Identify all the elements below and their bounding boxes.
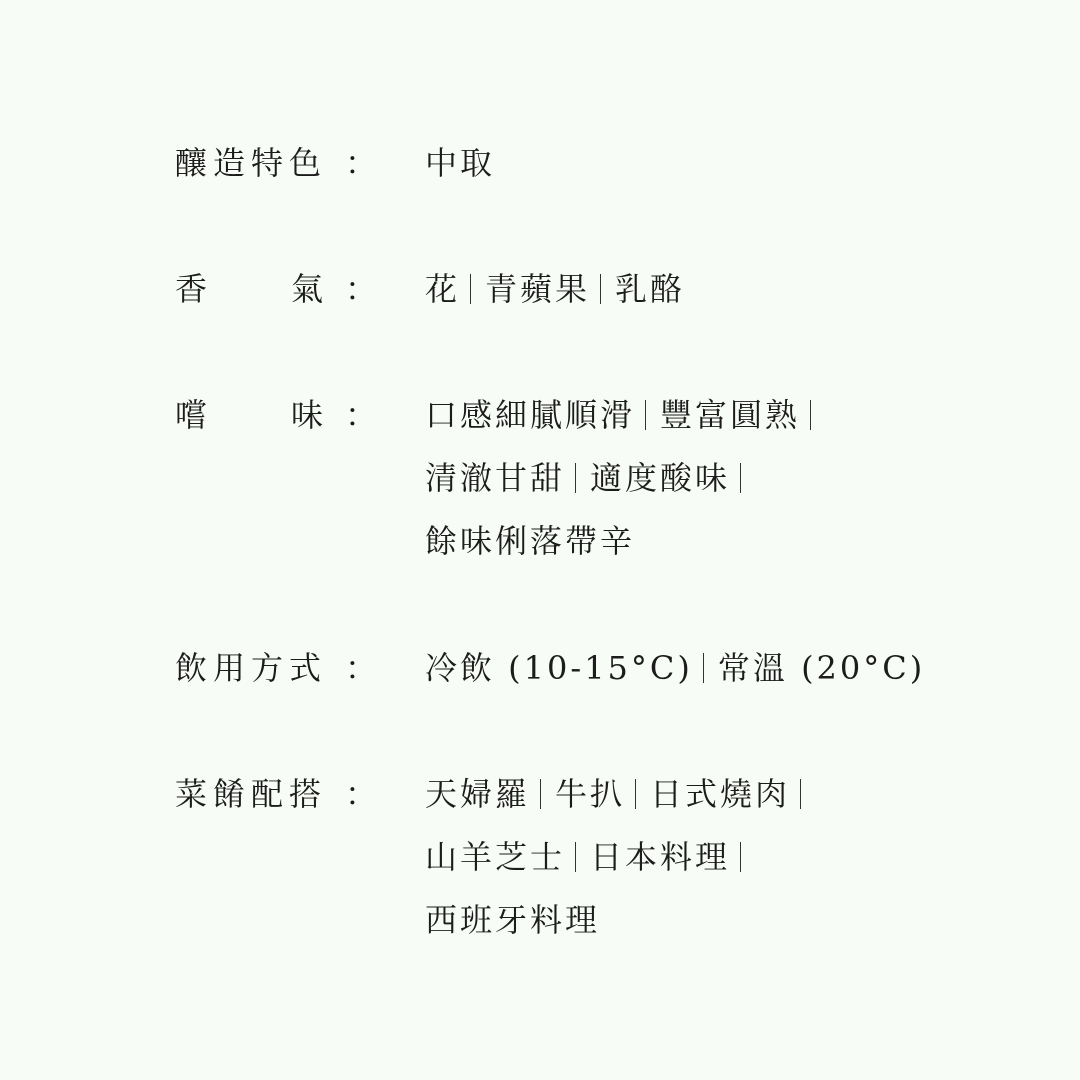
value-item: 餘味俐落帶辛 [425, 522, 635, 560]
colon: ： [345, 143, 377, 183]
colon: ： [345, 774, 377, 814]
label-char: 嚐 [175, 395, 207, 435]
value-item: 適度酸味 [590, 459, 730, 497]
label-text: 菜餚配搭 [175, 775, 327, 813]
label-taste: 嚐 味 [175, 395, 325, 435]
separator-bar [575, 842, 576, 872]
separator-bar [635, 779, 636, 809]
value-line: 口感細膩順滑豐富圓熟 [425, 395, 825, 435]
separator-bar [470, 274, 471, 304]
value-item: 牛扒 [555, 775, 625, 813]
separator-bar [703, 653, 704, 683]
separator-bar [740, 463, 741, 493]
value-line: 餘味俐落帶辛 [425, 521, 825, 561]
value-item: 中取 [425, 144, 495, 182]
value-line: 天婦羅牛扒日式燒肉 [425, 774, 815, 814]
label-aroma: 香 氣 [175, 269, 325, 309]
value-item: 花 [425, 270, 460, 308]
colon: ： [345, 269, 377, 309]
separator-bar [645, 400, 646, 430]
colon: ： [345, 648, 377, 688]
value-item: 山羊芝士 [425, 838, 565, 876]
value-aroma: 花青蘋果乳酪 [425, 269, 685, 332]
value-item: 口感細膩順滑 [425, 396, 635, 434]
label-food-pairing: 菜餚配搭 [175, 774, 325, 814]
value-brewing-feature: 中取 [425, 143, 495, 206]
value-line: 清澈甘甜適度酸味 [425, 458, 825, 498]
value-line: 花青蘋果乳酪 [425, 269, 685, 309]
separator-bar [600, 274, 601, 304]
separator-bar [540, 779, 541, 809]
value-item: 清澈甘甜 [425, 459, 565, 497]
value-item: 日式燒肉 [650, 775, 790, 813]
value-serving-method: 冷飲 (10-15°C)常溫 (20°C) [425, 648, 925, 711]
value-item: 青蘋果 [485, 270, 590, 308]
value-item: 常溫 (20°C) [718, 649, 925, 687]
value-line: 西班牙料理 [425, 900, 815, 940]
separator-bar [575, 463, 576, 493]
colon: ： [345, 395, 377, 435]
separator-bar [810, 400, 811, 430]
separator-bar [800, 779, 801, 809]
value-line: 冷飲 (10-15°C)常溫 (20°C) [425, 648, 925, 688]
value-line: 中取 [425, 143, 495, 183]
value-item: 乳酪 [615, 270, 685, 308]
value-food-pairing: 天婦羅牛扒日式燒肉 山羊芝士日本料理 西班牙料理 [425, 774, 815, 963]
value-item: 冷飲 (10-15°C) [425, 649, 693, 687]
value-item: 豐富圓熟 [660, 396, 800, 434]
label-char: 氣 [291, 269, 323, 309]
value-item: 日本料理 [590, 838, 730, 876]
label-text: 飲用方式 [175, 649, 327, 687]
value-taste: 口感細膩順滑豐富圓熟 清澈甘甜適度酸味 餘味俐落帶辛 [425, 395, 825, 584]
separator-bar [740, 842, 741, 872]
label-serving-method: 飲用方式 [175, 648, 325, 688]
value-item: 天婦羅 [425, 775, 530, 813]
label-char: 味 [291, 395, 323, 435]
label-char: 香 [175, 269, 207, 309]
value-item: 西班牙料理 [425, 901, 600, 939]
value-line: 山羊芝士日本料理 [425, 837, 815, 877]
label-text: 釀造特色 [175, 144, 327, 182]
label-brewing-feature: 釀造特色 [175, 143, 325, 183]
